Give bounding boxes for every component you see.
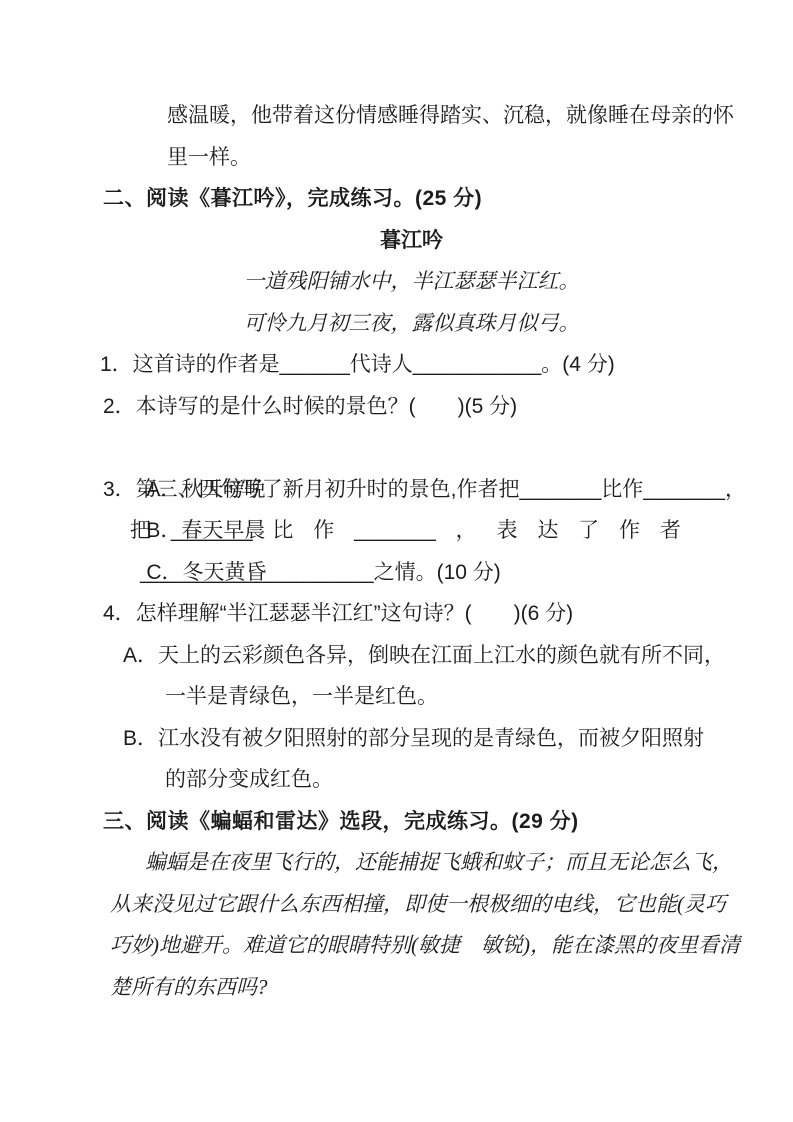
passage-line-3: 巧妙)地避开。难道它的眼睛特别(敏捷 敏锐)，能在漆黑的夜里看清	[110, 925, 793, 967]
passage-line-1: 蝙蝠是在夜里飞行的，还能捕捉飞蛾和蚊子；而且无论怎么飞，	[145, 842, 793, 884]
section-2-heading: 二、阅读《暮江吟》，完成练习。(25 分)	[103, 178, 793, 220]
passage-line-4: 楚所有的东西吗?	[110, 967, 793, 1009]
question-2: 2．本诗写的是什么时候的景色？( )(5 分)	[103, 386, 793, 428]
question-3-line-2: 把 _______ 比 作 _______ ， 表 达 了 作 者	[130, 510, 793, 552]
q4-option-b-line-1: B．江水没有被夕阳照射的部分呈现的是青绿色，而被夕阳照射	[123, 718, 793, 760]
poem-line-2: 可怜九月初三夜，露似真珠月似弓。	[0, 303, 793, 345]
test-paper-page: 感温暖，他带着这份情感睡得踏实、沉稳，就像睡在母亲的怀 里一样。 二、阅读《暮江…	[0, 0, 793, 1008]
section-3-heading: 三、阅读《蝙蝠和雷达》选段，完成练习。(29 分)	[103, 801, 793, 843]
q4-option-b-line-2: 的部分变成红色。	[165, 759, 793, 801]
intro-paragraph-line-2: 里一样。	[167, 137, 793, 179]
question-3-line-3: ____________________之情。(10 分)	[140, 552, 793, 594]
question-2-options-row: A．秋天傍晚 B．春天早晨 C．冬天黄昏	[123, 427, 793, 469]
intro-paragraph-line-1: 感温暖，他带着这份情感睡得踏实、沉稳，就像睡在母亲的怀	[167, 95, 793, 137]
poem-title: 暮江吟	[0, 220, 793, 262]
question-1: 1．这首诗的作者是______代诗人___________。(4 分)	[100, 344, 793, 386]
q4-option-a-line-1: A．天上的云彩颜色各异，倒映在江面上江水的颜色就有所不同，	[123, 635, 793, 677]
question-4: 4．怎样理解“半江瑟瑟半江红”这句诗？( )(6 分)	[103, 593, 793, 635]
question-3-line-1: 3．第三、四句写了新月初升时的景色,作者把_______比作_______，	[103, 469, 793, 511]
poem-line-1: 一道残阳铺水中，半江瑟瑟半江红。	[0, 261, 793, 303]
passage-line-2: 从来没见过它跟什么东西相撞，即使一根极细的电线，它也能(灵巧	[110, 884, 793, 926]
q4-option-a-line-2: 一半是青绿色，一半是红色。	[165, 676, 793, 718]
